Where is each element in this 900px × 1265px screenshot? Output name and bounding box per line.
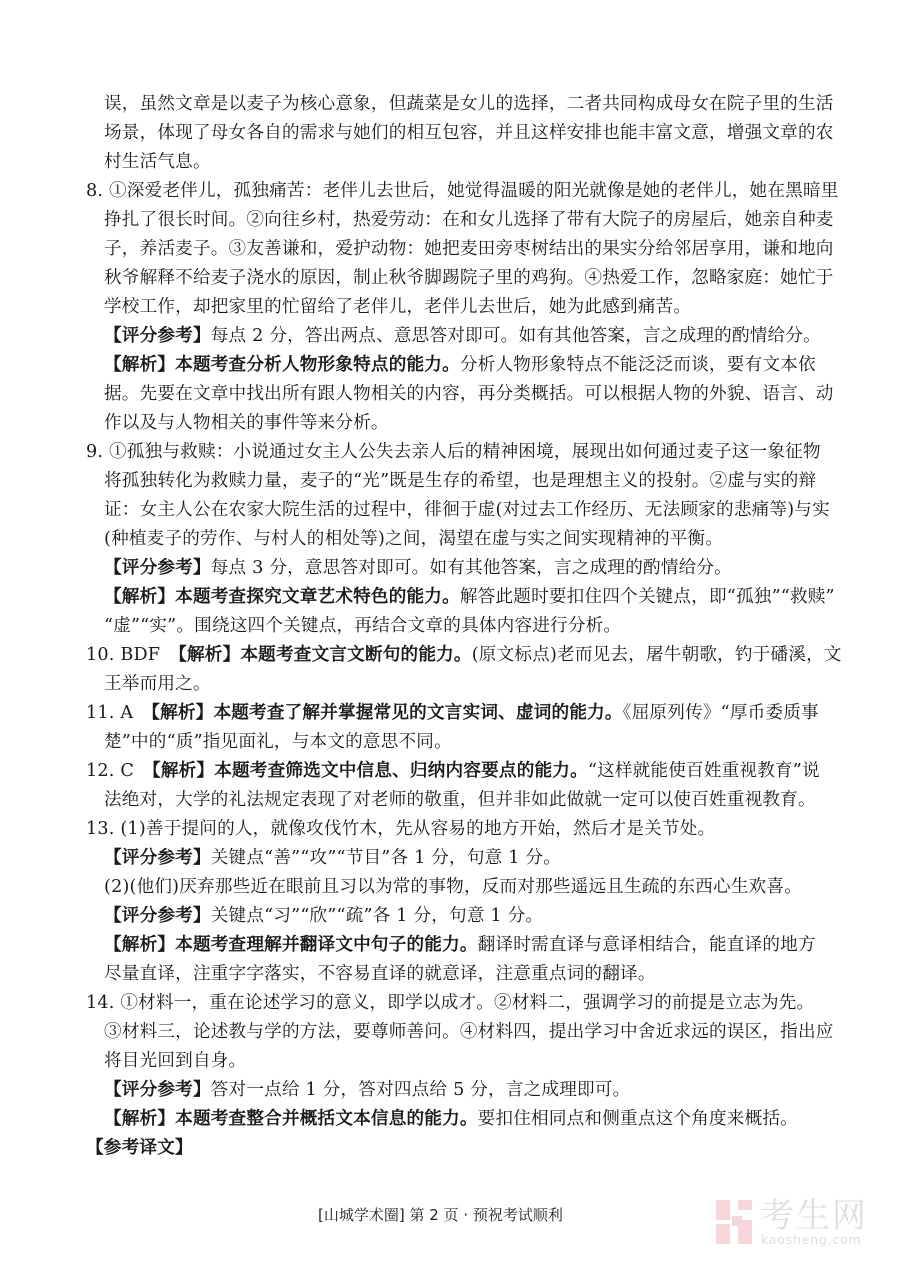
bold-label: 【解析】本题考查筛选文中信息、归纳内容要点的能力。 xyxy=(152,761,588,781)
text-line: 证：女主人公在农家大院生活的过程中，徘徊于虚(对过去工作经历、无法顾家的悲痛等)… xyxy=(104,496,830,525)
text-line: 将孤独转化为救赎力量，麦子的“光”既是生存的希望，也是理想主义的投射。②虚与实的… xyxy=(104,467,816,496)
text-line: 【解析】本题考查理解并翻译文中句子的能力。翻译时需直译与意译相结合，能直译的地方 xyxy=(104,931,816,960)
text-run: 11. A xyxy=(86,703,151,723)
bold-label: 【解析】本题考查文言文断句的能力。 xyxy=(178,645,472,665)
text-line: 【评分参考】每点 3 分，意思答对即可。如有其他答案，言之成理的酌情给分。 xyxy=(104,554,732,583)
text-run: 子，养活麦子。③友善谦和，爱护动物：她把麦田旁枣树结出的果实分给邻居享用，谦和地… xyxy=(104,239,834,259)
kaosheng-logo-icon xyxy=(716,1200,752,1244)
text-run: 法绝对，大学的礼法规定表现了对老师的敬重，但并非如此做就一定可以使百姓重视教育。 xyxy=(104,790,816,810)
text-line: “虚”“实”。围绕这四个关键点，再结合文章的具体内容进行分析。 xyxy=(104,612,621,641)
text-run: 王举而用之。 xyxy=(104,674,211,694)
text-run: 关键点“习”“欣”“疏”各 1 分，句意 1 分。 xyxy=(211,906,543,926)
text-run: 挣扎了很长时间。②向往乡村，热爱劳动：在和女儿选择了带有大院子的房屋后，她亲自种… xyxy=(104,210,834,230)
text-line: 9. ①孤独与救赎：小说通过女主人公失去亲人后的精神困境，展现出如何通过麦子这一… xyxy=(86,438,821,467)
text-line: 作以及与人物相关的事件等来分析。 xyxy=(104,409,389,438)
bold-label: 【评分参考】 xyxy=(104,1080,211,1100)
text-line: 挣扎了很长时间。②向往乡村，热爱劳动：在和女儿选择了带有大院子的房屋后，她亲自种… xyxy=(104,206,834,235)
text-line: 【解析】本题考查分析人物形象特点的能力。分析人物形象特点不能泛泛而谈，要有文本依 xyxy=(104,351,816,380)
text-run: 每点 2 分，答出两点、意思答对即可。如有其他答案，言之成理的酌情给分。 xyxy=(211,326,821,346)
text-line: 10. BDF 【解析】本题考查文言文断句的能力。(原文标点)老而见去，屠牛朝歌… xyxy=(86,641,842,670)
bold-label: 【评分参考】 xyxy=(104,558,211,578)
text-run: 14. ①材料一，重在论述学习的意义，即学以成才。②材料二，强调学习的前提是立志… xyxy=(86,993,814,1013)
text-run: 要扣住相同点和侧重点这个角度来概括。 xyxy=(478,1109,798,1129)
bold-label: 【评分参考】 xyxy=(104,848,211,868)
text-run: 8. ①深爱老伴儿，孤独痛苦：老伴儿去世后，她觉得温暖的阳光就像是她的老伴儿，她… xyxy=(86,181,839,201)
text-run: 误，虽然文章是以麦子为核心意象，但蔬菜是女儿的选择，二者共同构成母女在院子里的生… xyxy=(104,94,834,114)
text-line: 8. ①深爱老伴儿，孤独痛苦：老伴儿去世后，她觉得温暖的阳光就像是她的老伴儿，她… xyxy=(86,177,839,206)
text-run: 9. ①孤独与救赎：小说通过女主人公失去亲人后的精神困境，展现出如何通过麦子这一… xyxy=(86,442,821,462)
text-line: 王举而用之。 xyxy=(104,670,211,699)
text-run: 10. BDF xyxy=(86,645,178,665)
text-run: “这样就能使百姓重视教育”说 xyxy=(588,761,820,781)
text-run: 场景，体现了母女各自的需求与她们的相互包容，并且这样安排也能丰富文意，增强文章的… xyxy=(104,123,834,143)
text-run: 关键点“善”“攻”“节目”各 1 分，句意 1 分。 xyxy=(211,848,561,868)
watermark-en: kaosheng.com xyxy=(761,1232,862,1247)
bold-label: 【评分参考】 xyxy=(104,326,211,346)
text-run: 将目光回到自身。 xyxy=(104,1051,246,1071)
text-line: ③材料三，论述教与学的方法，要尊师善问。④材料四，提出学习中舍近求远的误区，指出… xyxy=(104,1018,834,1047)
text-run: 村生活气息。 xyxy=(104,152,211,172)
text-run: 楚”中的“质”指见面礼，与本文的意思不同。 xyxy=(104,732,452,752)
text-line: 【评分参考】答对一点给 1 分，答对四点给 5 分，言之成理即可。 xyxy=(104,1076,630,1105)
text-run: ③材料三，论述教与学的方法，要尊师善问。④材料四，提出学习中舍近求远的误区，指出… xyxy=(104,1022,834,1042)
text-run: (2)(他们)厌弃那些近在眼前且习以为常的事物，反而对那些遥远且生疏的东西心生欢… xyxy=(104,877,802,897)
text-run: 证：女主人公在农家大院生活的过程中，徘徊于虚(对过去工作经历、无法顾家的悲痛等)… xyxy=(104,500,830,520)
text-run: 分析人物形象特点不能泛泛而谈，要有文本依 xyxy=(460,355,816,375)
text-line: 将目光回到自身。 xyxy=(104,1047,246,1076)
bold-label: 【解析】本题考查整合并概括文本信息的能力。 xyxy=(104,1109,478,1129)
text-run: 翻译时需直译与意译相结合，能直译的地方 xyxy=(478,935,816,955)
text-line: 学校工作，却把家里的忙留给了老伴儿，老伴儿去世后，她为此感到痛苦。 xyxy=(104,293,691,322)
text-line: 尽量直译，注重字字落实，不容易直译的就意译，注意重点词的翻译。 xyxy=(104,960,656,989)
page-footer: [山城学术圈] 第 2 页 · 预祝考试顺利 xyxy=(318,1204,563,1225)
text-line: 【解析】本题考查探究文章艺术特色的能力。解答此题时要扣住四个关键点，即“孤独”“… xyxy=(104,583,835,612)
text-line: 【参考译文】 xyxy=(86,1134,193,1163)
text-run: 作以及与人物相关的事件等来分析。 xyxy=(104,413,389,433)
text-run: 学校工作，却把家里的忙留给了老伴儿，老伴儿去世后，她为此感到痛苦。 xyxy=(104,297,691,317)
text-line: 法绝对，大学的礼法规定表现了对老师的敬重，但并非如此做就一定可以使百姓重视教育。 xyxy=(104,786,816,815)
text-line: 12. C 【解析】本题考查筛选文中信息、归纳内容要点的能力。“这样就能使百姓重… xyxy=(86,757,820,786)
text-line: 【评分参考】关键点“习”“欣”“疏”各 1 分，句意 1 分。 xyxy=(104,902,543,931)
text-line: 子，养活麦子。③友善谦和，爱护动物：她把麦田旁枣树结出的果实分给邻居享用，谦和地… xyxy=(104,235,834,264)
text-run: “虚”“实”。围绕这四个关键点，再结合文章的具体内容进行分析。 xyxy=(104,616,621,636)
text-line: 误，虽然文章是以麦子为核心意象，但蔬菜是女儿的选择，二者共同构成母女在院子里的生… xyxy=(104,90,834,119)
bold-label: 【解析】本题考查了解并掌握常见的文言实词、虚词的能力。 xyxy=(151,703,623,723)
text-line: 据。先要在文章中找出所有跟人物相关的内容，再分类概括。可以根据人物的外貌、语言、… xyxy=(104,380,834,409)
text-line: 场景，体现了母女各自的需求与她们的相互包容，并且这样安排也能丰富文意，增强文章的… xyxy=(104,119,834,148)
text-line: 【评分参考】每点 2 分，答出两点、意思答对即可。如有其他答案，言之成理的酌情给… xyxy=(104,322,821,351)
text-run: 12. C xyxy=(86,761,152,781)
text-run: 据。先要在文章中找出所有跟人物相关的内容，再分类概括。可以根据人物的外貌、语言、… xyxy=(104,384,834,404)
text-run: 尽量直译，注重字字落实，不容易直译的就意译，注意重点词的翻译。 xyxy=(104,964,656,984)
text-run: 13. (1)善于提问的人，就像攻伐竹木，先从容易的地方开始，然后才是关节处。 xyxy=(86,819,715,839)
text-line: (2)(他们)厌弃那些近在眼前且习以为常的事物，反而对那些遥远且生疏的东西心生欢… xyxy=(104,873,802,902)
text-run: 《屈原列传》“厚币委质事 xyxy=(623,703,819,723)
text-run: 将孤独转化为救赎力量，麦子的“光”既是生存的希望，也是理想主义的投射。②虚与实的… xyxy=(104,471,816,491)
watermark-cn: 考生网 xyxy=(760,1198,868,1234)
text-line: (种植麦子的劳作、与村人的相处等)之间，渴望在虚与实之间实现精神的平衡。 xyxy=(104,525,723,554)
text-run: 秋爷解释不给麦子浇水的原因，制止秋爷脚踢院子里的鸡狗。④热爱工作，忽略家庭：她忙… xyxy=(104,268,834,288)
text-line: 11. A 【解析】本题考查了解并掌握常见的文言实词、虚词的能力。《屈原列传》“… xyxy=(86,699,819,728)
bold-label: 【解析】本题考查理解并翻译文中句子的能力。 xyxy=(104,935,478,955)
text-line: 14. ①材料一，重在论述学习的意义，即学以成才。②材料二，强调学习的前提是立志… xyxy=(86,989,814,1018)
text-run: (原文标点)老而见去，屠牛朝歌，钓于磻溪，文 xyxy=(472,645,842,665)
text-run: 每点 3 分，意思答对即可。如有其他答案，言之成理的酌情给分。 xyxy=(211,558,732,578)
text-line: 秋爷解释不给麦子浇水的原因，制止秋爷脚踢院子里的鸡狗。④热爱工作，忽略家庭：她忙… xyxy=(104,264,834,293)
text-line: 楚”中的“质”指见面礼，与本文的意思不同。 xyxy=(104,728,452,757)
text-line: 13. (1)善于提问的人，就像攻伐竹木，先从容易的地方开始，然后才是关节处。 xyxy=(86,815,715,844)
bold-label: 【评分参考】 xyxy=(104,906,211,926)
text-line: 村生活气息。 xyxy=(104,148,211,177)
text-run: 答对一点给 1 分，答对四点给 5 分，言之成理即可。 xyxy=(211,1080,631,1100)
text-run: 解答此题时要扣住四个关键点，即“孤独”“救赎” xyxy=(460,587,835,607)
text-run: (种植麦子的劳作、与村人的相处等)之间，渴望在虚与实之间实现精神的平衡。 xyxy=(104,529,723,549)
bold-label: 【解析】本题考查分析人物形象特点的能力。 xyxy=(104,355,460,375)
text-line: 【解析】本题考查整合并概括文本信息的能力。要扣住相同点和侧重点这个角度来概括。 xyxy=(104,1105,798,1134)
watermark: 考生网 kaosheng.com xyxy=(716,1198,896,1258)
text-line: 【评分参考】关键点“善”“攻”“节目”各 1 分，句意 1 分。 xyxy=(104,844,561,873)
bold-label: 【解析】本题考查探究文章艺术特色的能力。 xyxy=(104,587,460,607)
bold-label: 【参考译文】 xyxy=(86,1138,193,1158)
